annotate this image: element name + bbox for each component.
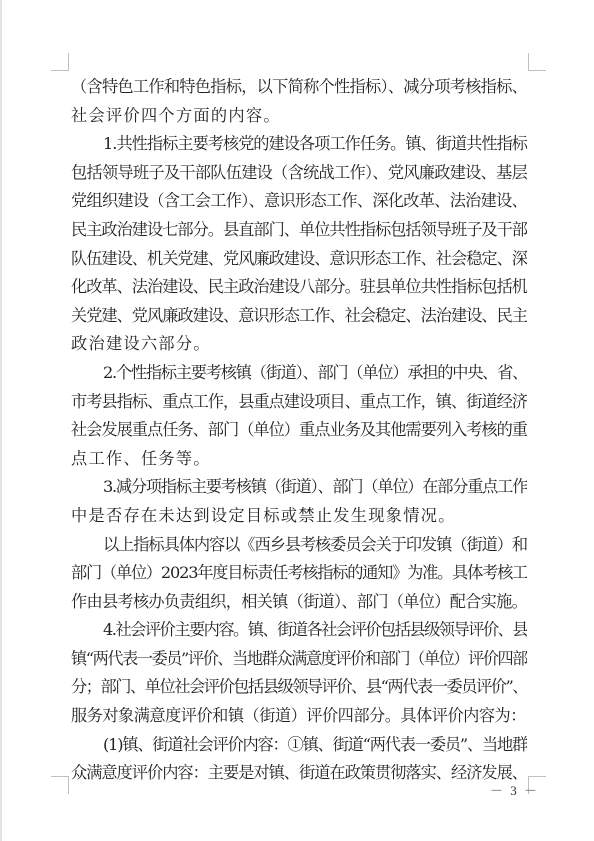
text-line: 社会发展重点任务、部门（单位）重点业务及其他需要列入考核的重 [71,416,527,445]
text-line: 服务对象满意度评价和镇（街道）评价四部分。具体评价内容为： [71,702,527,731]
crop-mark-bottom-left [51,776,69,794]
crop-mark-top-right [528,53,546,71]
text-line: 4.社会评价主要内容。镇、街道各社会评价包括县级领导评价、县 [71,616,527,645]
text-line: 市考县指标、重点工作，县重点建设项目、重点工作，镇、街道经济 [71,388,527,417]
text-line: 以上指标具体内容以《西乡县考核委员会关于印发镇（街道）和 [71,531,527,560]
crop-mark-top-left [51,53,69,71]
text-line: （含特色工作和特色指标，以下简称个性指标）、减分项考核指标、 [71,73,527,102]
text-line: (1)镇、街道社会评价内容：①镇、街道“两代表一委员”、当地群 [71,731,527,760]
text-line: 众满意度评价内容：主要是对镇、街道在政策贯彻落实、经济发展、 [71,759,527,788]
text-line: 部门（单位）2023年度目标责任考核指标的通知》为准。具体考核工 [71,559,527,588]
text-line: 政治建设六部分。 [71,330,527,359]
text-line: 1.共性指标主要考核党的建设各项工作任务。镇、街道共性指标 [71,130,527,159]
text-line: 2.个性指标主要考核镇（街道）、部门（单位）承担的中央、省、 [71,359,527,388]
text-line: 点工作、任务等。 [71,445,527,474]
page-number: － 3 － [490,780,539,799]
text-line: 中是否存在未达到设定目标或禁止发生现象情况。 [71,502,527,531]
text-line: 作由县考核办负责组织，相关镇（街道）、部门（单位）配合实施。 [71,588,527,617]
text-line: 镇“两代表一委员”评价、当地群众满意度评价和部门（单位）评价四部 [71,645,527,674]
text-line: 3.减分项指标主要考核镇（街道）、部门（单位）在部分重点工作 [71,473,527,502]
text-line: 民主政治建设七部分。县直部门、单位共性指标包括领导班子及干部 [71,216,527,245]
text-line: 分；部门、单位社会评价包括县级领导评价、县“两代表一委员评价”、 [71,673,527,702]
document-body: （含特色工作和特色指标，以下简称个性指标）、减分项考核指标、社会评价四个方面的内… [71,73,527,788]
text-line: 化改革、法治建设、民主政治建设八部分。驻县单位共性指标包括机 [71,273,527,302]
text-line: 社会评价四个方面的内容。 [71,102,527,131]
text-line: 党组织建设（含工会工作）、意识形态工作、深化改革、法治建设、 [71,187,527,216]
text-line: 包括领导班子及干部队伍建设（含统战工作）、党风廉政建设、基层 [71,159,527,188]
page-edge [0,0,2,841]
text-line: 队伍建设、机关党建、党风廉政建设、意识形态工作、社会稳定、深 [71,245,527,274]
text-line: 关党建、党风廉政建设、意识形态工作、社会稳定、法治建设、民主 [71,302,527,331]
